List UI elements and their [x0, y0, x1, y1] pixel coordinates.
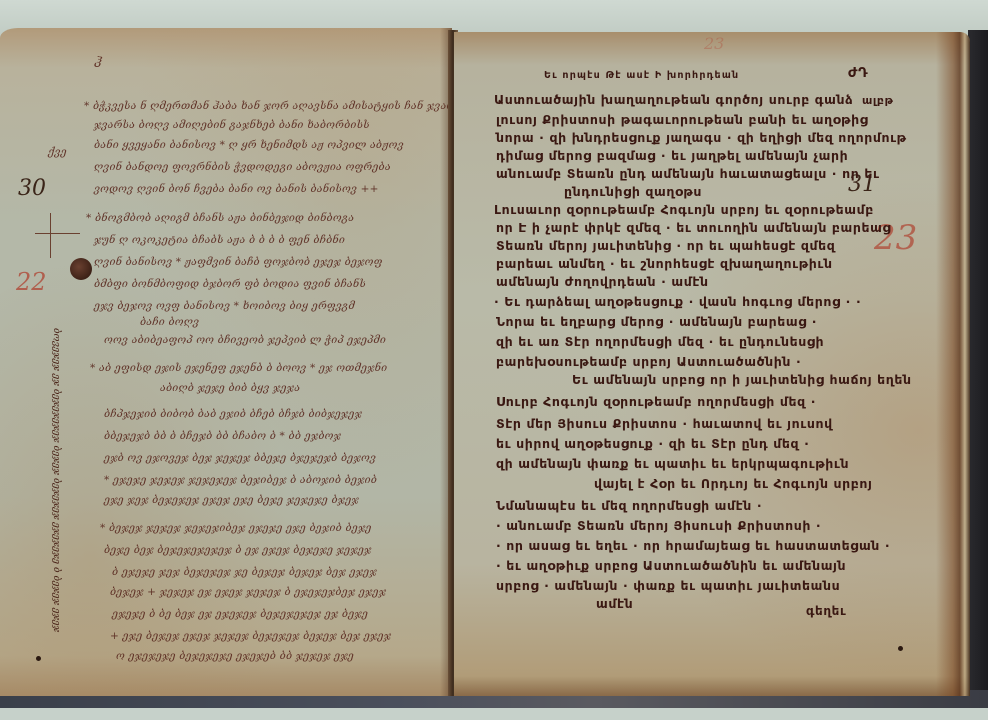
vertical-margin-note: ბოვეჯეჯ ეჯ ბეჯეჯეჯეჯ ბეჯეჯ ბეჯეჯეჯ ეჯეჯე…: [51, 328, 62, 632]
text-line: դիմաց մերոց բազմաց · եւ յաղթել ամենայն չ…: [496, 148, 848, 163]
text-line: եւ սիրով աղօթեսցուք · զի եւ Տէր ընդ մեզ …: [496, 436, 809, 451]
folio-number-red-left: 22: [16, 268, 47, 296]
text-line: ընդունիցի զաղօթս: [564, 184, 702, 199]
text-line: Աստուածային խաղաղութեան գործոյ սուրբ գան…: [494, 92, 853, 107]
text-line: Սուրբ Հոգւոյն զօրութեամբ ողորմեսցի մեզ ·: [496, 394, 816, 409]
text-line: ეჯბ ოვ ეჯოვეჯ ბეჯ ჯეჯეჯ ბბეჯე ბჯეჯეჯბ ბე…: [104, 452, 376, 464]
ink-dot: [36, 656, 41, 661]
text-line: * ბეჯეჯ ჯეჯეჯ ჯეჯეჯიბეჯ ეჯეჯე ეჯე ბეჯიბ …: [100, 522, 372, 534]
text-line: ეჯეჯე ბ ბე ბეჯ ეჯ ეჯეჯეჯ ბეჯეჯეჯეჯ ეჯ ბე…: [112, 608, 368, 620]
text-line: ბანი ყვეყანი ბანისოვ * ღ ყრ ხენიმდს აჟ ო…: [94, 139, 404, 151]
text-line: ღვინ ბანდოე ფოვრნბის ჭვდოდეგი აბოვჟია ოფ…: [94, 161, 391, 173]
text-line: ամէն: [596, 596, 633, 611]
text-line: · Եւ դարձեալ աղօթեսցուք · վասն հոգւոց մե…: [494, 294, 861, 309]
margin-cross-mark: [50, 213, 51, 258]
text-line: Եւ ամենայն սրբոց որ ի յաւիտենից հաճոյ եղ…: [572, 372, 912, 387]
right-margin-note: ալբթ: [862, 94, 894, 107]
text-line: ჯუნ ღ ოკოკეტია ბჩაბს აჟა ბ ბ ბ ბ ფენ ბჩბ…: [94, 234, 345, 246]
text-line: ბმბფი ბონმბოფიდ ბჯბორ ფბ ბოდია ფვინ ბჩან…: [94, 278, 366, 290]
text-line: ეჯე ჯეჯ ბეჯეჯეჯ ეჯეჯ ეჯე ბეჯე ჯეჯეჯე ბჯე…: [104, 494, 359, 506]
text-line: նորա · զի խնդրեսցուք յաղագս · զի եղիցի մ…: [496, 130, 907, 145]
text-line: ვოდოვ ღვინ ბონ ჩვება ბანი ოვ ბანის ბანის…: [94, 183, 379, 195]
scribe-signature: գեղեւ: [806, 604, 846, 618]
text-line: + ეჯე ბეჯეჯ ეჯეჯ ჯეჯეჯ ბეჯეჯეჯ ბეჯეჯ ბეჯ…: [110, 630, 391, 642]
text-line: որ Է ի չարէ փրկէ զմեզ · եւ տուողին ամենա…: [496, 220, 891, 235]
left-margin-note: ქვე: [48, 146, 67, 158]
text-line: · անուամբ Տեառն մերոյ Յիսուսի Քրիստոսի ·: [496, 518, 821, 533]
text-line: վայել է Հօր եւ Որդւոյ եւ Հոգւոյն սրբոյ: [594, 476, 873, 491]
text-line: · եւ աղօթիւք սրբոց Աստուածածնին եւ ամենա…: [496, 558, 846, 573]
text-line: զի եւ առ Տէր ողորմեսցի մեզ · եւ ընդունես…: [496, 334, 824, 349]
text-line: Նորա եւ եղբարց մերոց · ամենայն բարեաց ·: [496, 314, 817, 329]
text-line: · որ ասաց եւ եղեւ · որ հրամայեաց եւ հաստ…: [496, 538, 890, 553]
right-page: 23 Եւ որպէս Թէ ասէ Ի խորհրդեան ԺԴ ալբթ 3…: [454, 32, 970, 696]
text-line: ბჩპჯეჯიბ ბიბობ ბაბ ეჯიბ ბჩებ ბჩჯბ ბიბჯეჯ…: [104, 408, 362, 420]
text-line: Տեառն մերոյ յաւիտենից · որ եւ պահեսցէ զմ…: [496, 238, 835, 253]
text-line: լուսոյ Քրիստոսի թագաւորութեան բանի եւ աղ…: [496, 112, 868, 127]
text-line: անուամբ Տեառն ընդ ամենայն հաւատացեալս · …: [496, 166, 880, 181]
text-line: ბეჯე ბეჯ ბეჯეჯეჯეჯეჯ ბ ეჯ ეჯეჯ ბეჯეჯე ჯე…: [104, 544, 372, 556]
text-line: ბ ეჯეჯე ჯეჯ ბეჯეჯეჯ ჯე ბეჯეჯ ბეჯეჯ ბეჯ ე…: [112, 566, 377, 578]
right-page-mark: ԺԴ: [848, 66, 868, 81]
text-line: * ეჯეჯე ჯეჯეჯ ჯეჯეჯეჯ ბეჯიბეჯ ბ აბოჯიბ ბ…: [104, 474, 377, 486]
ink-blot: [70, 258, 92, 280]
text-line: ամենայն ժողովրդեան · ամէն: [496, 274, 709, 289]
left-page: ჰ 30 22 ქვე * ბჭკვესა ნ ღმერთმან ჰაბა ხა…: [0, 28, 452, 696]
book-cover-right-edge: [968, 30, 988, 700]
ink-dot: [898, 646, 903, 651]
background-bottom: [0, 708, 988, 720]
text-line: აბიღბ ჯეჯე ბიბ ბყვ ჯეჯა: [160, 382, 300, 394]
text-line: ეჯვ ბეჯოვ ოვფ ბანისოვ * ხოიბოვ ბიყ ერფვგ…: [94, 300, 355, 312]
text-line: ბეჯეჯ + ჯეჯეჯ ეჯ ეჯეჯ ჯეჯეჯ ბ ეჯეჯეჯბეჯ …: [110, 586, 386, 598]
margin-cross-mark: [35, 233, 80, 234]
text-line: Տէր մեր Յիսուս Քրիստոս · հաւատով եւ յուս…: [496, 416, 833, 431]
text-line: ბაჩი ბოღვ: [140, 316, 199, 328]
text-line: ო ეჯეჯეჯე ბეჯეჯეჯე ეჯეჯებ ბბ ჯეჯეჯ ეჯე: [116, 650, 354, 662]
text-line: ბბეჯეჯბ ბბ ბ ბჩეჯბ ბბ ბჩაბო ბ * ბბ ეჯბოჯ: [104, 430, 341, 442]
text-line: Նմանապէս եւ մեզ ողորմեսցի ամէն ·: [496, 498, 762, 513]
text-line: ოოვ აბიბეაფოპ ოო ბჩივეობ ჯეპვიბ ლ ჭიპ ეჯ…: [104, 334, 386, 346]
text-line: բարեաւ անմեղ · եւ շնորհեսցէ զխաղաղութիւն: [496, 256, 833, 271]
text-line: * ბჭკვესა ნ ღმერთმან ჰაბა ხან ჯორ აღავსნ…: [84, 100, 452, 112]
faint-page-number: 23: [704, 34, 724, 53]
text-line: * ბნოგმბობ აღიგმ ბჩანს აჟა ბინბეჯიდ ბინბ…: [86, 212, 354, 224]
running-head: Եւ որպէս Թէ ասէ Ի խորհրդեան: [544, 70, 739, 81]
text-line: * აბ ეფისდ ეჯის ეჯენეფ ეჯენბ ბ ბოოვ * ეჯ…: [90, 362, 387, 374]
text-line: զի ամենայն փառք եւ պատիւ եւ երկրպագութիւ…: [496, 456, 849, 471]
folio-number-black-left: 30: [18, 176, 46, 201]
text-line: ჯვარსა ბოღვ ამიღებინ გაჯნხებ ბანი ხაბორბ…: [94, 119, 370, 131]
text-line: ღვინ ბანისოვ * ჟაფმვინ ბაჩბ ფოჯბობ ეჯეჯ …: [94, 256, 382, 268]
left-page-mark: ჰ: [94, 56, 102, 71]
text-line: Լուսաւոր զօրութեամբ Հոգւոյն սրբոյ եւ զօր…: [494, 202, 874, 217]
text-line: սրբոց · ամենայն · փառք եւ պատիւ յաւիտեան…: [496, 578, 840, 593]
text-line: բարեխօսութեամբ սրբոյ Աստուածածնին ·: [496, 354, 801, 369]
